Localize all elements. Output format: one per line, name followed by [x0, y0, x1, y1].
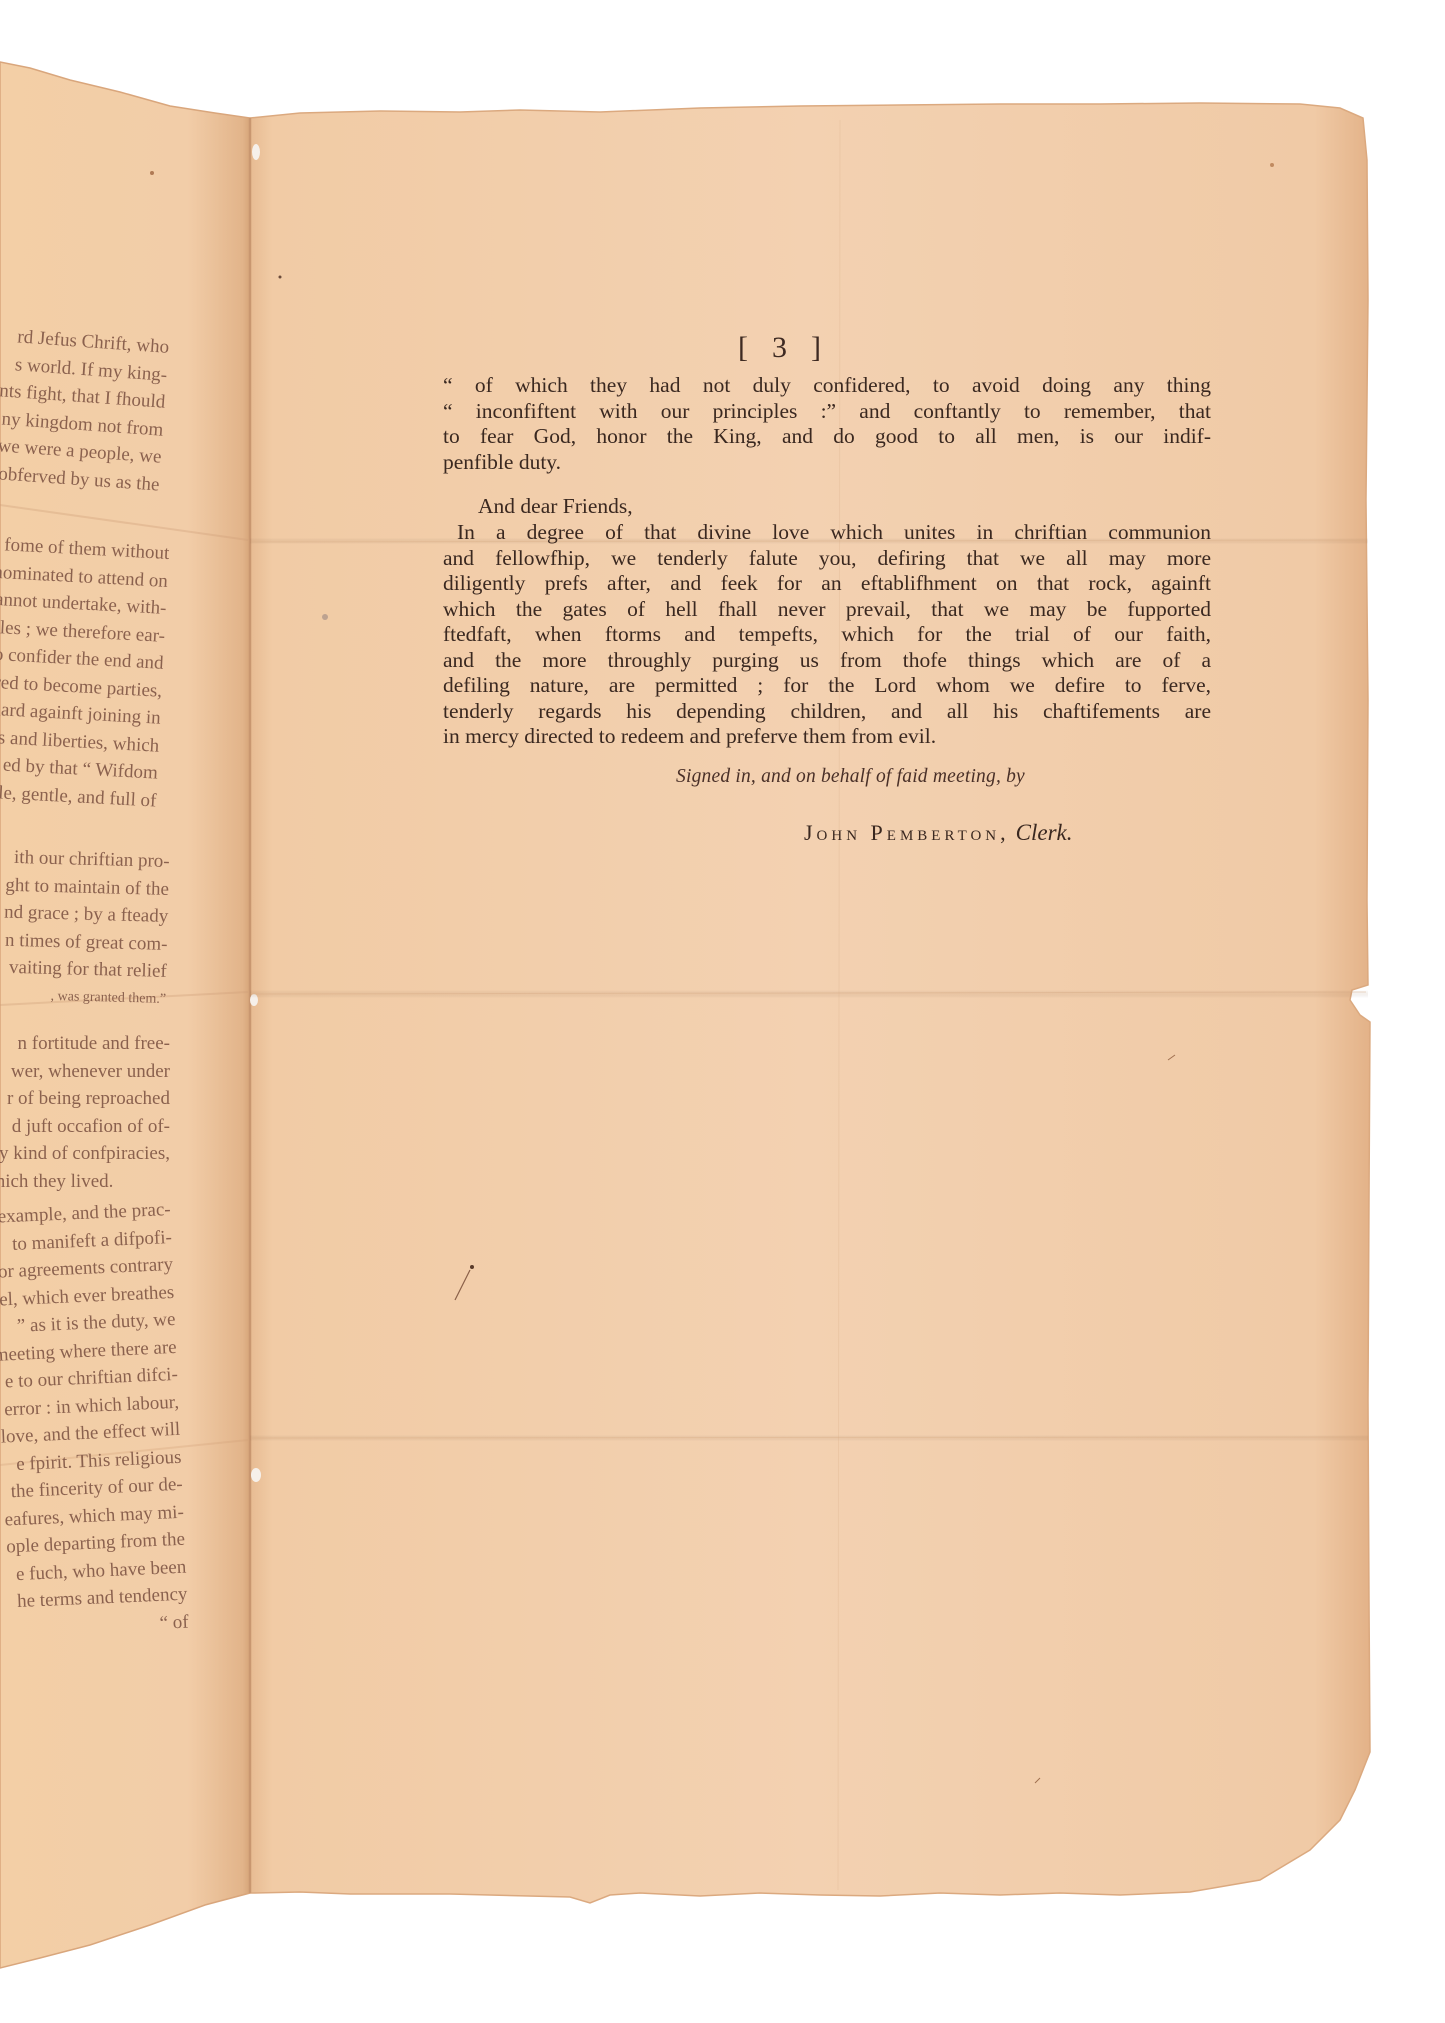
- signed-line: Signed in, and on behalf of faid meeting…: [676, 766, 1025, 788]
- text-line: “ of which they had not duly confidered,…: [443, 373, 1211, 399]
- text-line: d juft occafion of of-: [0, 1113, 170, 1141]
- left-paragraph-1: rd Jefus Chrift, who s world. If my king…: [0, 305, 170, 499]
- text-line: diligently prefs after, and feek for an …: [443, 571, 1211, 597]
- text-line: In a degree of that divine love which un…: [443, 520, 1211, 546]
- text-line: “ inconfiftent with our principles :” an…: [443, 399, 1211, 425]
- signatory-role: Clerk.: [1016, 820, 1073, 845]
- spine-hole: [252, 144, 260, 160]
- paragraph-1: “ of which they had not duly confidered,…: [443, 373, 1211, 475]
- text-line: which they lived.: [0, 1168, 170, 1196]
- paper-sheets: [0, 0, 1445, 2023]
- text-line: r of being reproached: [0, 1085, 170, 1113]
- paragraph-2: In a degree of that divine love which un…: [443, 520, 1211, 750]
- left-paragraph-5: example, and the prac- to manifeft a dif…: [0, 1196, 189, 1654]
- text-line: defiling nature, are permitted ; for the…: [443, 673, 1211, 699]
- text-line: wer, whenever under: [0, 1058, 170, 1086]
- page-number: [3]: [738, 331, 845, 365]
- left-paragraph-4: n fortitude and free- wer, whenever unde…: [0, 1030, 170, 1195]
- spine-hole: [251, 1468, 261, 1482]
- text-line: tenderly regards his depending children,…: [443, 699, 1211, 725]
- left-paragraph-3: ith our chriftian pro- ght to maintain o…: [0, 837, 170, 1013]
- text-line: penfible duty.: [443, 450, 1211, 476]
- text-line: y kind of confpiracies,: [0, 1140, 170, 1168]
- text-line: to fear God, honor the King, and do good…: [443, 424, 1211, 450]
- text-line: which the gates of hell fhall never prev…: [443, 597, 1211, 623]
- document-photo: rd Jefus Chrift, who s world. If my king…: [0, 0, 1445, 2023]
- salutation: And dear Friends,: [478, 494, 633, 519]
- text-line: and the more throughly purging us from t…: [443, 648, 1211, 674]
- signature: John Pemberton,Clerk.: [804, 820, 1072, 846]
- text-line: in mercy directed to redeem and preferve…: [443, 724, 1211, 750]
- text-line: n fortitude and free-: [0, 1030, 170, 1058]
- text-line: ftedfaft, when ftorms and tempefts, whic…: [443, 622, 1211, 648]
- left-paragraph-2: , fome of them without nominated to atte…: [0, 518, 170, 815]
- signatory-name: John Pemberton,: [804, 820, 1010, 845]
- text-line: and fellowfhip, we tenderly falute you, …: [443, 546, 1211, 572]
